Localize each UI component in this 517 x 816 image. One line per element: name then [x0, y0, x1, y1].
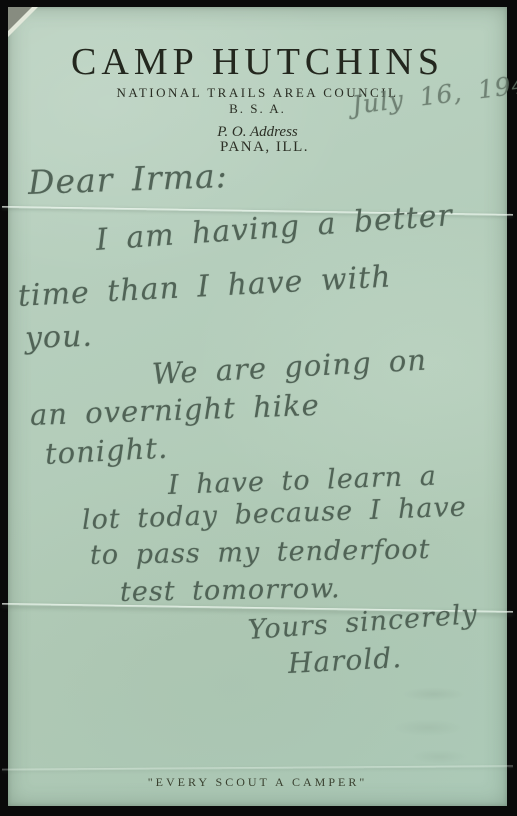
body-line: an overnight hike [29, 388, 320, 432]
body-line: lot today because I have [81, 492, 467, 536]
folded-corner [8, 7, 32, 31]
footer-motto: "EVERY SCOUT A CAMPER" [8, 775, 507, 790]
body-line: time than I have with [17, 259, 392, 314]
body-line: to pass my tenderfoot [90, 534, 431, 571]
ink-bleedthrough-smudge [379, 675, 489, 771]
po-address-city: PANA, ILL. [22, 139, 507, 156]
camp-name: CAMP HUTCHINS [8, 40, 507, 84]
body-line: We are going on [151, 343, 428, 391]
scanned-letter: CAMP HUTCHINS NATIONAL TRAILS AREA COUNC… [0, 0, 517, 816]
signature: Harold. [287, 641, 403, 680]
body-line: tonight. [44, 431, 169, 471]
closing-line: Yours sincerely [247, 599, 479, 646]
body-line: you. [24, 319, 93, 356]
letter-paper: CAMP HUTCHINS NATIONAL TRAILS AREA COUNC… [8, 7, 507, 806]
body-line: I am having a better [95, 198, 454, 258]
salutation-line: Dear Irma: [27, 156, 228, 202]
body-line: test tomorrow. [120, 573, 341, 608]
